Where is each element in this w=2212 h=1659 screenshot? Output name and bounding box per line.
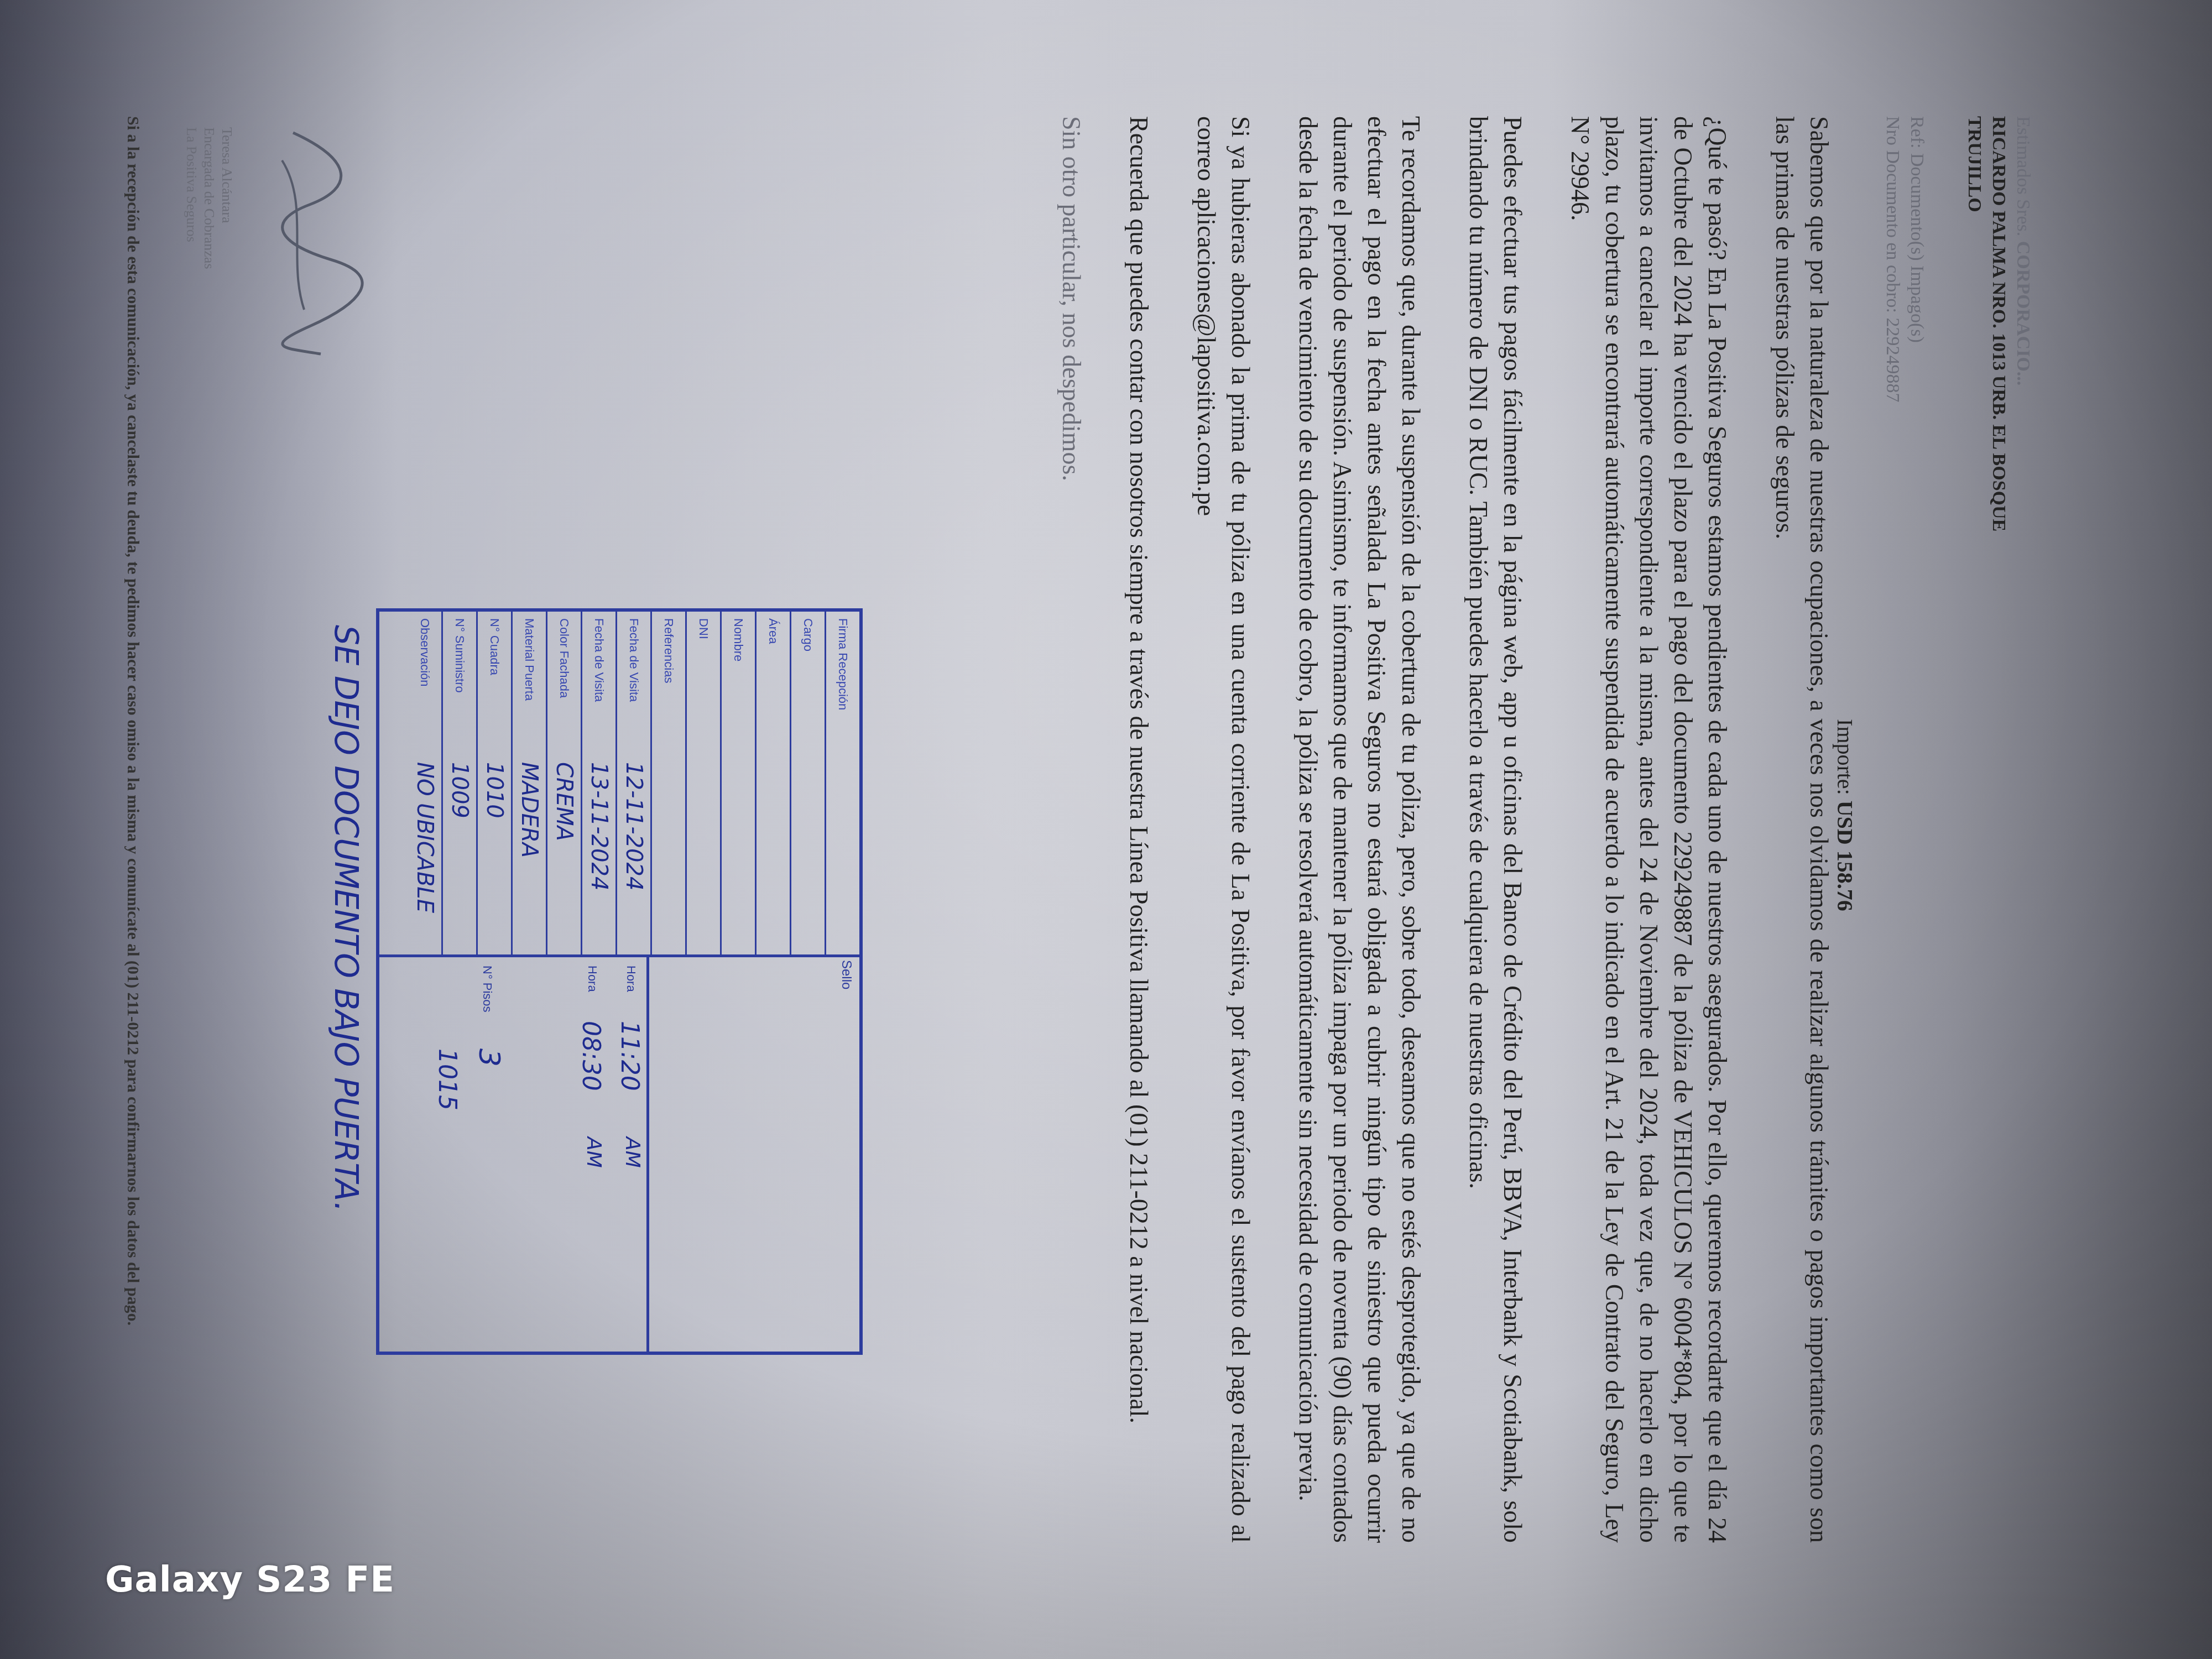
stamp-label: Color Fachada [557, 618, 571, 762]
stamp-label: Fecha de Visita [627, 618, 641, 762]
supply-number: 1009 [447, 762, 472, 818]
floors-count: 3 [472, 1048, 505, 1067]
stamp-label: Observación [418, 618, 432, 762]
stamp-label: N° Suministro [452, 618, 467, 762]
supply-number-2: 1015 [433, 1048, 461, 1110]
signatory-company: La Positiva Seguros [182, 127, 200, 269]
letter-page: Estimados Sres. CORPORACIO... RICARDO PA… [55, 28, 2101, 1631]
paragraph-suspension: Te recordamos que, durante la suspensión… [1291, 116, 1428, 1543]
visit-date-1: 12-11-2024 [621, 762, 646, 890]
stamp-label: Material Puerta [522, 618, 536, 762]
signature-scribble [265, 127, 376, 359]
stamp-recipient-section: Firma Recepción Cargo Área Nombre DNI Re… [379, 612, 859, 957]
stamp-label: Cargo [801, 618, 815, 762]
amount-value: USD 158.76 [1833, 801, 1858, 911]
address-line-2: TRUJILLO [1962, 116, 1986, 1543]
visit-ampm-2: AM [582, 1137, 605, 1168]
stamp-label: Referencias [661, 618, 676, 762]
observation: NO UBICABLE [412, 762, 437, 913]
visit-time-2: 08:30 [577, 1021, 605, 1091]
paragraph-payment-channels: Puedes efectuar tus pagos fácilmente en … [1461, 116, 1530, 1543]
signatory-title: Encargada de Cobranzas [200, 127, 218, 269]
paragraph-intro: Sabemos que por la naturaleza de nuestra… [1767, 116, 1836, 1543]
salutation-prefix: Estimados Sres. [2013, 116, 2033, 236]
closing-line: Sin otro particular, nos despedimos. [1054, 116, 1088, 1543]
signatory-name: Teresa Alcántara [218, 127, 236, 269]
stamp-label: Fecha de Visita [592, 618, 606, 762]
letter-body: Sabemos que por la naturaleza de nuestra… [1054, 116, 1836, 1543]
time-label: Hora [624, 966, 638, 992]
time-label: Hora [585, 966, 599, 992]
stamp-label: N° Cuadra [487, 618, 502, 762]
paragraph-notice: ¿Qué te pasó? En La Positiva Seguros est… [1563, 116, 1734, 1543]
seal-label: Sello [838, 960, 854, 989]
visit-date-2: 13-11-2024 [586, 762, 612, 890]
address-line-1: RICARDO PALMA NRO. 1013 URB. EL BOSQUE [1986, 116, 2011, 1543]
document-label: Nro Documento en cobro: [1882, 116, 1903, 313]
handwritten-note: SE DEJO DOCUMENTO BAJO PUERTA. [327, 625, 365, 1212]
facade-color: CREMA [551, 762, 577, 841]
delivery-stamp-table: Firma Recepción Cargo Área Nombre DNI Re… [376, 608, 863, 1355]
amount-label: Importe: [1833, 719, 1858, 795]
amount-block: Importe: USD 158.76 [1832, 719, 1858, 911]
footer-note: Si a la recepción de esta comunicación, … [122, 116, 144, 1543]
stamp-label: DNI [696, 618, 711, 762]
signatory-block: Teresa Alcántara Encargada de Cobranzas … [182, 127, 236, 269]
company-name: CORPORACIO... [2013, 241, 2033, 386]
stamp-label: Nombre [731, 618, 745, 762]
visit-time-1: 11:20 [615, 1021, 644, 1091]
floors-label: N° Pisos [480, 966, 494, 1013]
block-number: 1010 [482, 762, 507, 818]
paragraph-account: Si ya hubieras abonado la prima de tu pó… [1189, 116, 1258, 1543]
stamp-label: Firma Recepción [836, 618, 850, 762]
document-number: 229249887 [1882, 317, 1903, 402]
recipient-block: Estimados Sres. CORPORACIO... RICARDO PA… [1880, 116, 2035, 1543]
door-material: MADERA [517, 762, 542, 858]
paragraph-contact: Recuerda que puedes contar con nosotros … [1121, 116, 1156, 1543]
stamp-label: Área [766, 618, 780, 762]
visit-ampm-1: AM [621, 1137, 644, 1168]
camera-watermark: Galaxy S23 FE [105, 1559, 395, 1600]
reference-label: Ref: Documento(s) Impago(s) [1905, 116, 1929, 1543]
stamp-seal-section: Sello Hora 11:20 AM Hora 08:30 AM N° Pis… [379, 954, 859, 1352]
